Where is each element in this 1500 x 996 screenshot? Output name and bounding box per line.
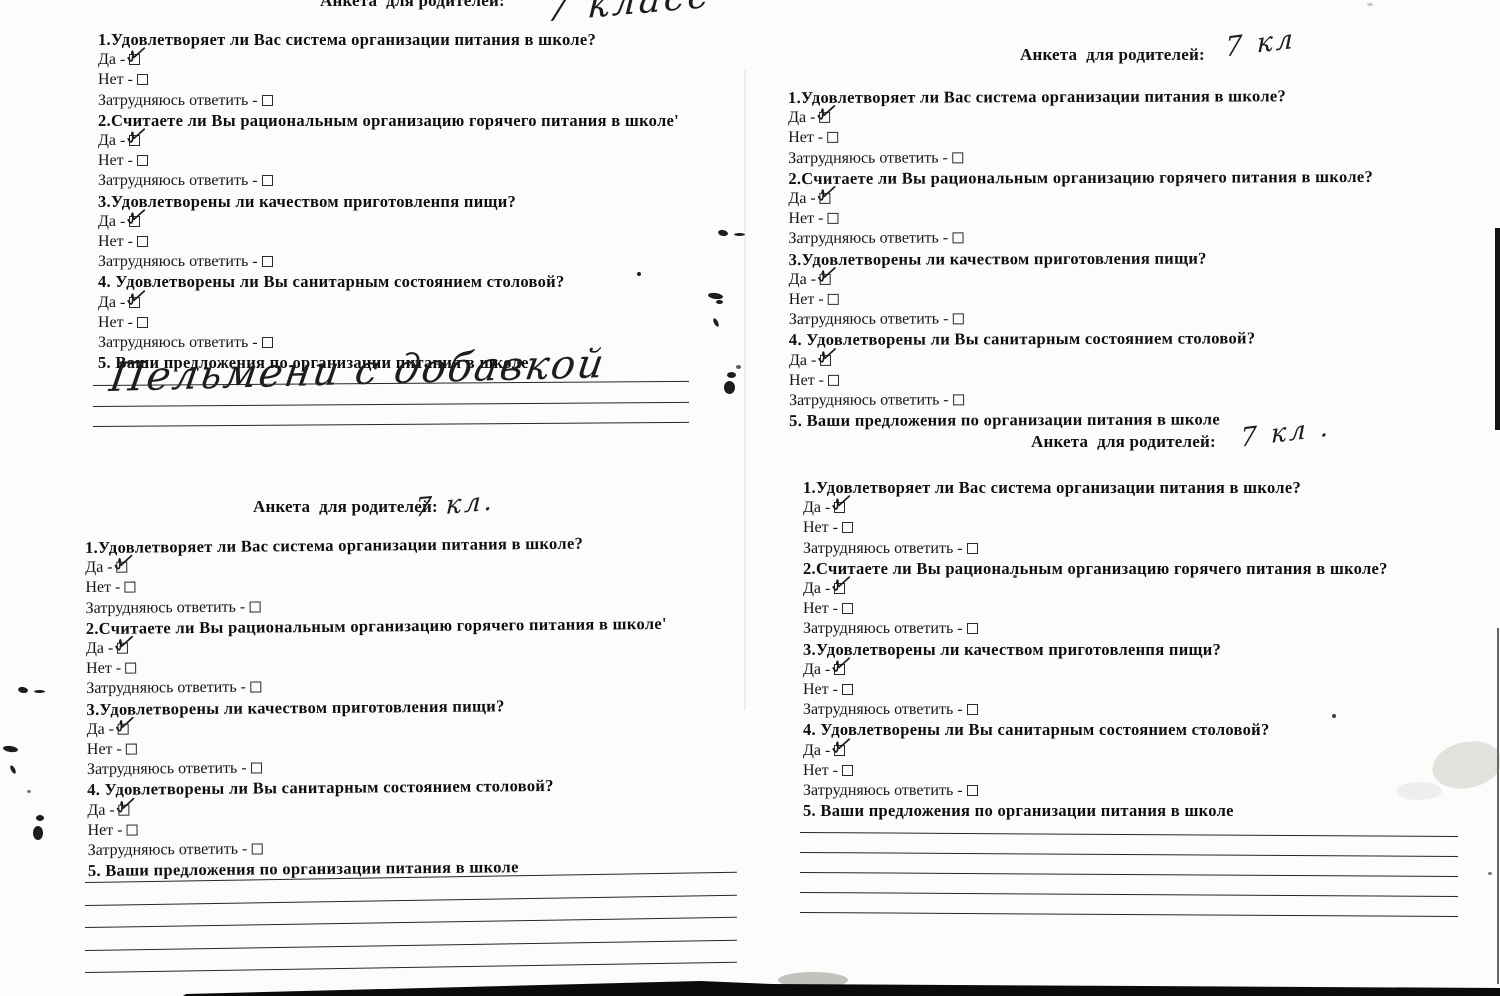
checkbox xyxy=(118,723,129,734)
checkbox xyxy=(137,236,148,247)
ink-speck xyxy=(727,372,736,378)
checkbox xyxy=(820,193,831,204)
checkbox xyxy=(828,294,839,305)
checkbox xyxy=(124,582,135,593)
handwritten-class-note: 7 кл. xyxy=(414,486,495,523)
ink-speck xyxy=(734,233,745,236)
scan-edge-line xyxy=(1497,628,1499,984)
checkbox xyxy=(262,175,273,186)
answer-option-no: Нет - xyxy=(789,288,1439,310)
option-label: Нет - xyxy=(87,821,126,838)
checkbox xyxy=(952,314,963,325)
answer-line xyxy=(800,892,1458,897)
answer-option-no: Нет - xyxy=(788,126,1438,148)
answer-option-no: Нет - xyxy=(98,151,743,171)
checkbox xyxy=(820,274,831,285)
checkbox xyxy=(137,74,148,85)
answer-option-undecided: Затрудняюсь ответить - xyxy=(803,700,1463,720)
question-text: 4. Удовлетворены ли Вы санитарным состоя… xyxy=(803,720,1463,740)
answer-option-no: Нет - xyxy=(803,680,1463,700)
ink-speck xyxy=(27,790,31,793)
question-text: 3.Удовлетворены ли качеством приготовлен… xyxy=(803,640,1463,660)
answer-option-no: Нет - xyxy=(98,232,743,252)
answer-option-no: Нет - xyxy=(803,761,1463,781)
checkbox xyxy=(834,502,845,513)
option-label: Да - xyxy=(87,721,118,738)
form-title: Анкета для родителей: xyxy=(1020,45,1205,65)
ink-speck xyxy=(3,745,19,753)
answer-line xyxy=(85,917,737,928)
option-label: Нет - xyxy=(87,741,126,758)
ink-speck xyxy=(724,381,735,394)
ink-speck xyxy=(716,300,723,304)
option-label: Да - xyxy=(789,271,820,288)
answer-option-undecided: Затрудняюсь ответить - xyxy=(98,171,743,191)
checkbox xyxy=(842,522,853,533)
ink-dot xyxy=(1367,3,1373,6)
answer-option-yes: Да - xyxy=(789,268,1439,290)
answer-option-no: Нет - xyxy=(803,599,1463,619)
handwritten-class-note: 7 класс xyxy=(545,0,712,30)
answer-option-yes: Да - xyxy=(788,187,1438,209)
question-text: 5. Ваши предложения по организации питан… xyxy=(803,801,1463,821)
option-label: Нет - xyxy=(85,579,124,596)
form-title: Анкета для родителей: xyxy=(253,497,438,517)
question-text: 3.Удовлетворены ли качеством приготовлен… xyxy=(98,192,743,212)
option-label: Затрудняюсь ответить - xyxy=(789,311,953,329)
answer-option-undecided: Затрудняюсь ответить - xyxy=(803,539,1463,559)
answer-option-yes: Да - xyxy=(803,579,1463,599)
option-label: Нет - xyxy=(98,152,137,169)
checkbox xyxy=(129,54,140,65)
answer-option-no: Нет - xyxy=(788,207,1438,229)
answer-option-yes: Да - xyxy=(98,50,743,70)
ink-speck xyxy=(36,815,44,821)
answer-line xyxy=(800,872,1458,877)
option-label: Затрудняюсь ответить - xyxy=(788,149,952,167)
checkbox xyxy=(820,354,831,365)
ink-speck xyxy=(736,365,741,369)
checkbox xyxy=(126,824,137,835)
answer-line xyxy=(93,401,689,406)
answer-option-yes: Да - xyxy=(803,660,1463,680)
questionnaire-form-top-right: Анкета для родителей:7 кл1.Удовлетворяет… xyxy=(788,40,1438,440)
answer-option-undecided: Затрудняюсь ответить - xyxy=(98,91,743,111)
form-title: Анкета для родителей: xyxy=(320,0,505,11)
option-label: Нет - xyxy=(98,71,137,88)
checkbox xyxy=(129,297,140,308)
option-label: Нет - xyxy=(803,681,842,698)
option-label: Да - xyxy=(86,640,117,657)
checkbox xyxy=(137,155,148,166)
ink-speck xyxy=(9,765,17,775)
checkbox xyxy=(262,337,273,348)
checkbox xyxy=(262,256,273,267)
option-label: Затрудняюсь ответить - xyxy=(98,92,262,109)
option-label: Нет - xyxy=(803,762,842,779)
checkbox xyxy=(129,216,140,227)
ink-dot xyxy=(1332,714,1336,718)
option-label: Нет - xyxy=(98,233,137,250)
answer-option-yes: Да - xyxy=(803,741,1463,761)
option-label: Нет - xyxy=(789,372,828,389)
checkbox xyxy=(819,112,830,123)
question-text: 4. Удовлетворены ли Вы санитарным состоя… xyxy=(789,328,1439,350)
option-label: Нет - xyxy=(789,291,828,308)
checkbox xyxy=(952,233,963,244)
option-label: Да - xyxy=(803,499,834,516)
checkbox xyxy=(834,664,845,675)
checkbox xyxy=(129,135,140,146)
checkbox xyxy=(827,213,838,224)
option-label: Нет - xyxy=(788,210,827,227)
checkbox xyxy=(842,684,853,695)
answer-option-undecided: Затрудняюсь ответить - xyxy=(788,227,1438,249)
answer-option-no: Нет - xyxy=(789,369,1439,391)
answer-line xyxy=(800,832,1458,837)
scan-smudge xyxy=(1396,782,1442,800)
checkbox xyxy=(842,603,853,614)
scan-edge-strip xyxy=(1495,228,1500,430)
option-label: Да - xyxy=(788,190,819,207)
question-text: 1.Удовлетворяет ли Вас система организац… xyxy=(803,478,1463,498)
checkbox xyxy=(119,804,130,815)
option-label: Да - xyxy=(85,559,116,576)
question-text: 3.Удовлетворены ли качеством приготовлен… xyxy=(789,247,1439,269)
option-label: Нет - xyxy=(803,600,842,617)
ink-speck xyxy=(34,690,45,693)
checkbox xyxy=(967,785,978,796)
ink-dot xyxy=(1488,872,1492,875)
answer-option-undecided: Затрудняюсь ответить - xyxy=(788,146,1438,168)
checkbox xyxy=(842,765,853,776)
answer-option-no: Нет - xyxy=(98,313,743,333)
option-label: Затрудняюсь ответить - xyxy=(803,782,967,799)
answer-line xyxy=(85,962,737,973)
scanned-questionnaire-sheet: Анкета для родителей:7 класс1.Удовлетвор… xyxy=(0,0,1500,996)
ink-speck xyxy=(17,686,28,694)
option-label: Затрудняюсь ответить - xyxy=(803,620,967,637)
answer-line xyxy=(85,940,737,951)
checkbox xyxy=(251,844,262,855)
question-text: 2.Считаете ли Вы рациональным организаци… xyxy=(98,111,743,131)
answer-line xyxy=(85,894,737,905)
checkbox xyxy=(827,132,838,143)
option-label: Затрудняюсь ответить - xyxy=(98,172,262,189)
checkbox xyxy=(952,152,963,163)
checkbox xyxy=(834,583,845,594)
checkbox xyxy=(967,704,978,715)
checkbox xyxy=(117,562,128,573)
option-label: Затрудняюсь ответить - xyxy=(86,598,250,616)
option-label: Да - xyxy=(98,294,129,311)
ink-speck xyxy=(33,826,43,840)
option-label: Да - xyxy=(87,801,118,818)
answer-option-yes: Да - xyxy=(98,212,743,232)
handwritten-class-note: 7 кл xyxy=(1225,24,1296,64)
checkbox xyxy=(967,543,978,554)
scan-smudge xyxy=(778,972,848,988)
option-label: Затрудняюсь ответить - xyxy=(98,253,262,270)
question-text: 4. Удовлетворены ли Вы санитарным состоя… xyxy=(98,272,743,292)
option-label: Да - xyxy=(98,213,129,230)
answer-option-yes: Да - xyxy=(803,498,1463,518)
answer-option-undecided: Затрудняюсь ответить - xyxy=(98,252,743,272)
answer-option-yes: Да - xyxy=(98,131,743,151)
option-label: Нет - xyxy=(86,660,125,677)
checkbox xyxy=(137,317,148,328)
option-label: Затрудняюсь ответить - xyxy=(789,391,953,409)
option-label: Затрудняюсь ответить - xyxy=(803,540,967,557)
answer-option-yes: Да - xyxy=(789,348,1439,370)
option-label: Нет - xyxy=(803,519,842,536)
checkbox xyxy=(125,663,136,674)
checkbox xyxy=(834,745,845,756)
option-label: Да - xyxy=(803,661,834,678)
answer-option-undecided: Затрудняюсь ответить - xyxy=(789,308,1439,330)
option-label: Нет - xyxy=(788,129,827,146)
question-text: 1.Удовлетворяет ли Вас система организац… xyxy=(788,86,1438,108)
question-text: 2.Считаете ли Вы рациональным организаци… xyxy=(788,167,1438,189)
answer-option-yes: Да - xyxy=(98,293,743,313)
option-label: Да - xyxy=(788,109,819,126)
option-label: Затрудняюсь ответить - xyxy=(86,679,250,697)
option-label: Да - xyxy=(803,580,834,597)
checkbox xyxy=(953,394,964,405)
questionnaire-form-bottom-right: Анкета для родителей:7 кл .1.Удовлетворя… xyxy=(803,428,1463,938)
question-text: 2.Считаете ли Вы рациональным организаци… xyxy=(803,559,1463,579)
option-label: Нет - xyxy=(98,314,137,331)
answer-option-undecided: Затрудняюсь ответить - xyxy=(803,781,1463,801)
option-label: Да - xyxy=(789,352,820,369)
questionnaire-form-top-left: Анкета для родителей:7 класс1.Удовлетвор… xyxy=(98,0,743,448)
answer-option-undecided: Затрудняюсь ответить - xyxy=(803,619,1463,639)
answer-option-yes: Да - xyxy=(788,106,1438,128)
checkbox xyxy=(828,375,839,386)
checkbox xyxy=(251,763,262,774)
answer-option-undecided: Затрудняюсь ответить - xyxy=(789,389,1439,411)
option-label: Да - xyxy=(98,51,129,68)
checkbox xyxy=(262,95,273,106)
checkbox xyxy=(117,643,128,654)
option-label: Да - xyxy=(803,742,834,759)
ink-dot xyxy=(1013,575,1017,578)
option-label: Затрудняюсь ответить - xyxy=(98,334,262,351)
answer-line xyxy=(800,852,1458,857)
answer-line xyxy=(93,422,689,427)
form-title: Анкета для родителей: xyxy=(1031,432,1216,452)
option-label: Да - xyxy=(98,132,129,149)
answer-line xyxy=(800,912,1458,917)
checkbox xyxy=(126,744,137,755)
ink-dot xyxy=(637,272,641,276)
checkbox xyxy=(250,682,261,693)
answer-option-no: Нет - xyxy=(98,70,743,90)
questionnaire-form-bottom-left: Анкета для родителей:7 кл.1.Удовлетворяе… xyxy=(85,492,750,992)
answer-option-no: Нет - xyxy=(803,518,1463,538)
question-text: 1.Удовлетворяет ли Вас система организац… xyxy=(98,30,743,50)
checkbox xyxy=(967,623,978,634)
option-label: Затрудняюсь ответить - xyxy=(88,841,252,859)
option-label: Затрудняюсь ответить - xyxy=(87,760,251,778)
option-label: Затрудняюсь ответить - xyxy=(788,230,952,248)
checkbox xyxy=(249,601,260,612)
option-label: Затрудняюсь ответить - xyxy=(803,701,967,718)
